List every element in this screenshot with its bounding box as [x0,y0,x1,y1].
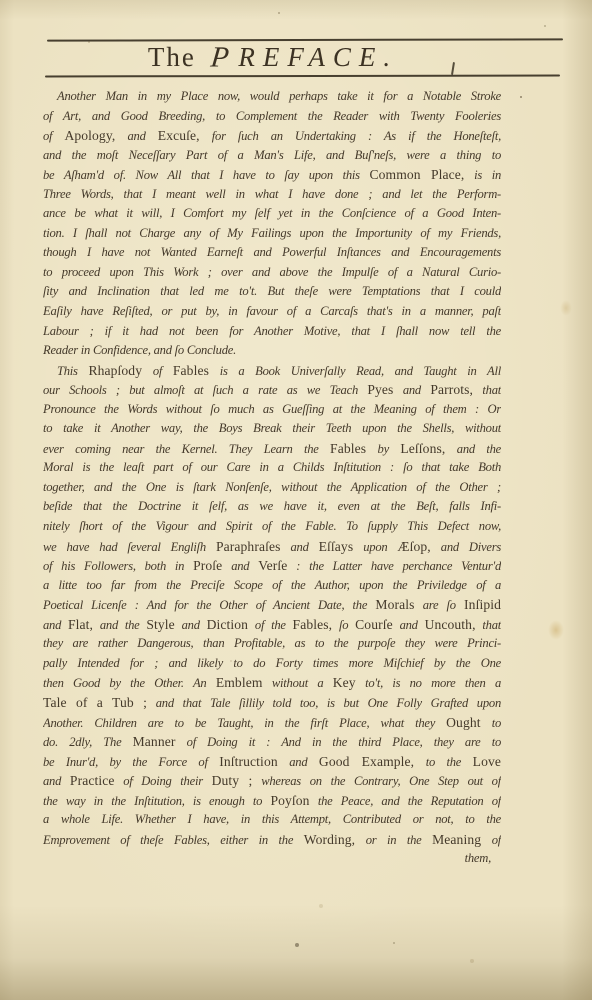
swash-initial-p: P [209,41,239,73]
text-segment: that [476,618,501,632]
text-segment: of [43,129,64,143]
text-segment: ever coming near the Kernel. They Learn … [43,442,330,456]
text-segment: Verſe [258,558,287,573]
text-line: though I have not Wanted Earneſt and Pow… [43,243,501,263]
text-segment: Paraphraſes [216,539,281,554]
text-line: a whole Life. Whether I have, in this At… [43,810,501,830]
text-segment: and [278,755,319,769]
text-segment: Fables [330,441,366,456]
text-segment: the Peace, and the Reputation of [310,794,501,808]
text-segment: and [115,129,157,143]
text-segment: Common Place, [369,167,464,182]
text-segment: or in the [355,833,432,847]
text-segment: though I have not Wanted Earneſt and Pow… [43,245,501,259]
page-title-word: PREFACE. [212,42,398,72]
text-line: and the moſt Neceſſary Part of a Man's L… [43,146,501,166]
text-segment: ſity and Inclination that led me to't. B… [43,284,501,298]
text-segment: and [222,559,258,573]
text-line: Eaſily have Reſiſted, or put by, in favo… [43,302,501,322]
text-segment: together, and the One is ſtark Nonſenſe,… [43,480,501,494]
text-segment: Diction [207,617,248,632]
text-line: Labour ; if it had not been for Another … [43,322,501,342]
text-segment: and the moſt Neceſſary Part of a Man's L… [43,148,501,162]
text-segment: beſide that the Doctrine it ſelf, as we … [43,499,501,513]
text-segment: Love [473,754,501,769]
text-line: do. 2dly, The Manner of Doing it : And i… [43,732,501,752]
text-segment: Poetical Licenſe : And for the Other of … [43,598,375,612]
text-segment: they are rather Dangerous, than Profitab… [43,636,501,650]
text-segment: Practice [70,773,115,788]
text-segment: Pyes [367,382,393,397]
text-segment: are ſo [415,598,465,612]
text-line: a litte too far from the Preciſe Scope o… [43,576,501,596]
text-line: tion. I ſhall not Charge any of My Faili… [43,224,501,244]
text-segment: we have had ſeveral Engliſh [43,540,216,554]
text-segment: Eſſays [319,539,354,554]
text-segment: and [280,540,318,554]
text-segment: of Doing their [114,774,211,788]
text-line: together, and the One is ſtark Nonſenſe,… [43,478,501,498]
text-line: of Art, and Good Breeding, to Complement… [43,107,501,127]
text-segment: Duty ; [212,773,253,788]
text-segment: Wording, [304,832,355,847]
text-line: of his Followers, both in Proſe and Verſ… [43,556,501,576]
text-segment: them, [465,851,491,865]
text-segment: of [142,364,173,378]
text-segment: upon [353,540,397,554]
text-segment: be Aſham'd of. Now All that I have to ſa… [43,168,369,182]
text-segment: Manner [133,734,176,749]
text-segment: of Art, and Good Breeding, to Complement… [43,109,501,123]
text-segment: ance be what it will, I Comfort my ſelf … [43,206,501,220]
text-segment: Uncouth, [425,617,476,632]
text-segment: the way in the Inſtitution, is enough to [43,794,270,808]
text-line: be Inur'd, by the Force of Inſtruction a… [43,752,501,772]
text-segment: Leſſons, [400,441,445,456]
text-line: our Schools ; but almoſt at ſuch a rate … [43,380,501,400]
text-segment: a litte too far from the Preciſe Scope o… [43,578,501,592]
paper-speckles [0,0,2,2]
paper-stain [548,620,564,640]
text-segment: Key [333,675,356,690]
text-segment: Morals [375,597,414,612]
text-segment: Inſtruction [219,754,277,769]
text-segment: pally Intended for ; and likely to do Fo… [43,656,501,670]
text-segment: Pronounce the Words without ſo much as G… [43,402,501,416]
text-line: Emprovement of theſe Fables, either in t… [43,830,501,850]
text-segment: Moral is the leaſt part of our Care in a… [43,460,501,474]
text-segment: of his Followers, both in [43,559,193,573]
bottom-rule [45,75,560,78]
text-line: Three Words, that I meant well in what I… [43,185,501,205]
paper-stain-small [560,300,572,316]
text-segment: of the [248,618,292,632]
text-segment: whereas on the Contrary, One Step out of [252,774,501,788]
text-segment: Apology, [64,128,115,143]
text-segment: Meaning [432,832,481,847]
text-segment: Parrots, [430,382,473,397]
text-segment: of Doing it : And in the third Place, th… [175,735,501,749]
text-line: to take it Another way, the Boys Break t… [43,419,501,439]
text-block: Another Man in my Place now, would perha… [43,87,501,869]
text-segment: Good Example, [319,754,414,769]
text-line: then Good by the Other. An Emblem withou… [43,673,501,693]
text-line: Tale of a Tub ; and that Tale ſillily to… [43,693,501,713]
text-segment: Fables [173,363,209,378]
text-line: to proceed upon This Work ; over and abo… [43,263,501,283]
text-segment: to't, is no more then a [356,676,501,690]
text-segment: Another Man in my Place now, would perha… [57,89,501,103]
text-line: of Apology, and Excuſe, for ſuch an Unde… [43,126,501,146]
text-segment: Emprovement of theſe Fables, either in t… [43,833,304,847]
text-segment: nitely ſhort of the Vigour and Spirit of… [43,519,501,533]
text-segment: Emblem [216,675,263,690]
text-line: Reader in Confidence, and ſo Conclude. [43,341,501,361]
text-line: Poetical Licenſe : And for the Other of … [43,595,501,615]
text-line: and Flat, and the Style and Diction of t… [43,615,501,635]
text-segment: to [481,716,501,730]
page-title-lead: The [148,42,196,72]
text-segment: Style [146,617,174,632]
text-line: they are rather Dangerous, than Profitab… [43,634,501,654]
text-segment: Fables, [293,617,333,632]
catchword-line: them, [43,849,501,869]
text-segment: Three Words, that I meant well in what I… [43,187,501,201]
text-segment: and that Tale ſillily told too, is but O… [147,696,501,710]
text-line: beſide that the Doctrine it ſelf, as we … [43,497,501,517]
text-segment: our Schools ; but almoſt at ſuch a rate … [43,383,367,397]
text-segment: and [393,383,430,397]
text-line: ance be what it will, I Comfort my ſelf … [43,204,501,224]
text-line: Moral is the leaſt part of our Care in a… [43,458,501,478]
text-segment: of [481,833,501,847]
text-segment: and [43,774,70,788]
text-line: Another Man in my Place now, would perha… [43,87,501,107]
text-segment: Tale of a Tub ; [43,695,147,710]
text-segment: Ought [446,715,480,730]
text-segment: tion. I ſhall not Charge any of My Faili… [43,226,501,240]
text-segment: Poyſon [270,793,309,808]
text-segment: and the [93,618,146,632]
text-segment: Courſe [355,617,393,632]
text-segment: and the [445,442,501,456]
text-segment: that [473,383,501,397]
text-line: ſity and Inclination that led me to't. B… [43,282,501,302]
text-line: ever coming near the Kernel. They Learn … [43,439,501,459]
text-line: we have had ſeveral Engliſh Paraphraſes … [43,537,501,557]
text-segment: Rhapſody [88,363,142,378]
text-line: pally Intended for ; and likely to do Fo… [43,654,501,674]
text-segment: to the [414,755,473,769]
text-segment: be Inur'd, by the Force of [43,755,219,769]
text-segment: and [393,618,425,632]
page-title-rest: REFACE. [238,42,398,72]
text-line: Another. Children are to be Taught, in t… [43,713,501,733]
text-line: Pronounce the Words without ſo much as G… [43,400,501,420]
text-segment: to proceed upon This Work ; over and abo… [43,265,501,279]
text-segment: and Divers [431,540,501,554]
text-segment: then Good by the Other. An [43,676,216,690]
text-segment: Eaſily have Reſiſted, or put by, in favo… [43,304,501,318]
text-segment: and [43,618,68,632]
text-segment: is a Book Univerſally Read, and Taught i… [209,364,501,378]
text-segment: Reader in Confidence, and ſo Conclude. [43,343,236,357]
text-segment: by [366,442,400,456]
text-line: be Aſham'd of. Now All that I have to ſa… [43,165,501,185]
text-segment: without a [263,676,333,690]
text-line: and Practice of Doing their Duty ; where… [43,771,501,791]
scanned-book-page: ThePREFACE. Another Man in my Place now,… [0,0,592,1000]
text-segment: This [57,364,88,378]
text-segment: to take it Another way, the Boys Break t… [43,421,501,435]
text-segment: a whole Life. Whether I have, in this At… [43,812,501,826]
text-segment: Æſop, [397,539,430,554]
text-segment: Proſe [193,558,222,573]
text-line: nitely ſhort of the Vigour and Spirit of… [43,517,501,537]
text-segment: : the Latter have perchance Ventur'd [287,559,501,573]
text-segment: Labour ; if it had not been for Another … [43,324,501,338]
text-segment: ſo [332,618,355,632]
text-segment: for ſuch an Undertaking : As if the Hone… [200,129,501,143]
text-segment: is in [464,168,501,182]
text-line: This Rhapſody of Fables is a Book Univer… [43,361,501,381]
text-segment: do. 2dly, The [43,735,133,749]
text-segment: and [175,618,207,632]
text-segment: Another. Children are to be Taught, in t… [43,716,446,730]
text-segment: Flat, [68,617,93,632]
text-segment: Excuſe, [158,128,200,143]
text-line: the way in the Inſtitution, is enough to… [43,791,501,811]
text-segment: Inſipid [464,597,501,612]
page-title: ThePREFACE. [44,42,502,72]
